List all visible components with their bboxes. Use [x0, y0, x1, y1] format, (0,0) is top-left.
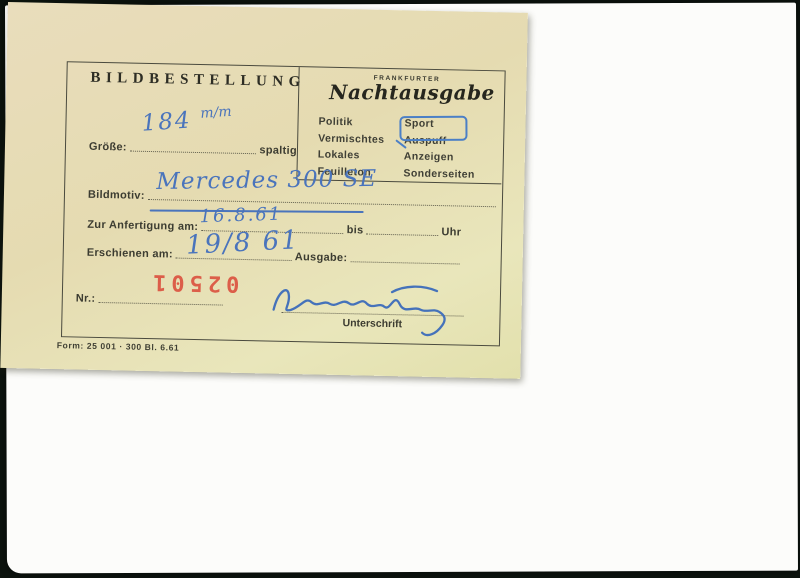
category-vermischtes: Vermischtes — [318, 130, 404, 148]
scanned-photo: BILDBESTELLUNG FRANKFURTER Nachtausgabe … — [0, 0, 800, 578]
bis-label: bis — [347, 224, 364, 236]
masthead: FRANKFURTER Nachtausgabe — [329, 74, 485, 106]
anfertigung-handwriting: 16.8.61 — [199, 204, 282, 228]
groesse-label: Größe: — [89, 141, 127, 154]
erschienen-handwriting: 19/8 61 — [185, 225, 300, 261]
bildmotiv-handwriting: Mercedes 300 SE — [156, 166, 377, 195]
order-form-card: BILDBESTELLUNG FRANKFURTER Nachtausgabe … — [0, 2, 528, 379]
number-stamp: 02501 — [148, 269, 240, 296]
uhr-label: Uhr — [441, 226, 461, 238]
erschienen-label: Erschienen am: — [87, 247, 173, 261]
ausgabe-label: Ausgabe: — [295, 251, 348, 264]
ausgabe-dotted-line — [350, 259, 459, 264]
anfertigung-label: Zur Anfertigung am: — [87, 219, 198, 233]
nr-label: Nr.: — [76, 292, 96, 304]
form-number: Form: 25 001 · 300 Bl. 6.61 — [57, 340, 180, 353]
spaltig-label: spaltig — [259, 144, 297, 157]
masthead-name: Nachtausgabe — [329, 80, 484, 105]
bis-dotted-line — [366, 232, 438, 237]
category-sonderseiten: Sonderseiten — [403, 165, 499, 184]
handdrawn-selection-box-auspuff — [399, 116, 467, 141]
category-politik: Politik — [318, 114, 404, 132]
bildmotiv-label: Bildmotiv: — [88, 189, 145, 202]
nr-dotted-line — [98, 300, 222, 306]
groesse-dotted-line — [130, 149, 257, 155]
signature-handwriting — [263, 263, 465, 343]
category-lokales: Lokales — [318, 147, 404, 165]
category-anzeigen: Anzeigen — [404, 149, 500, 168]
